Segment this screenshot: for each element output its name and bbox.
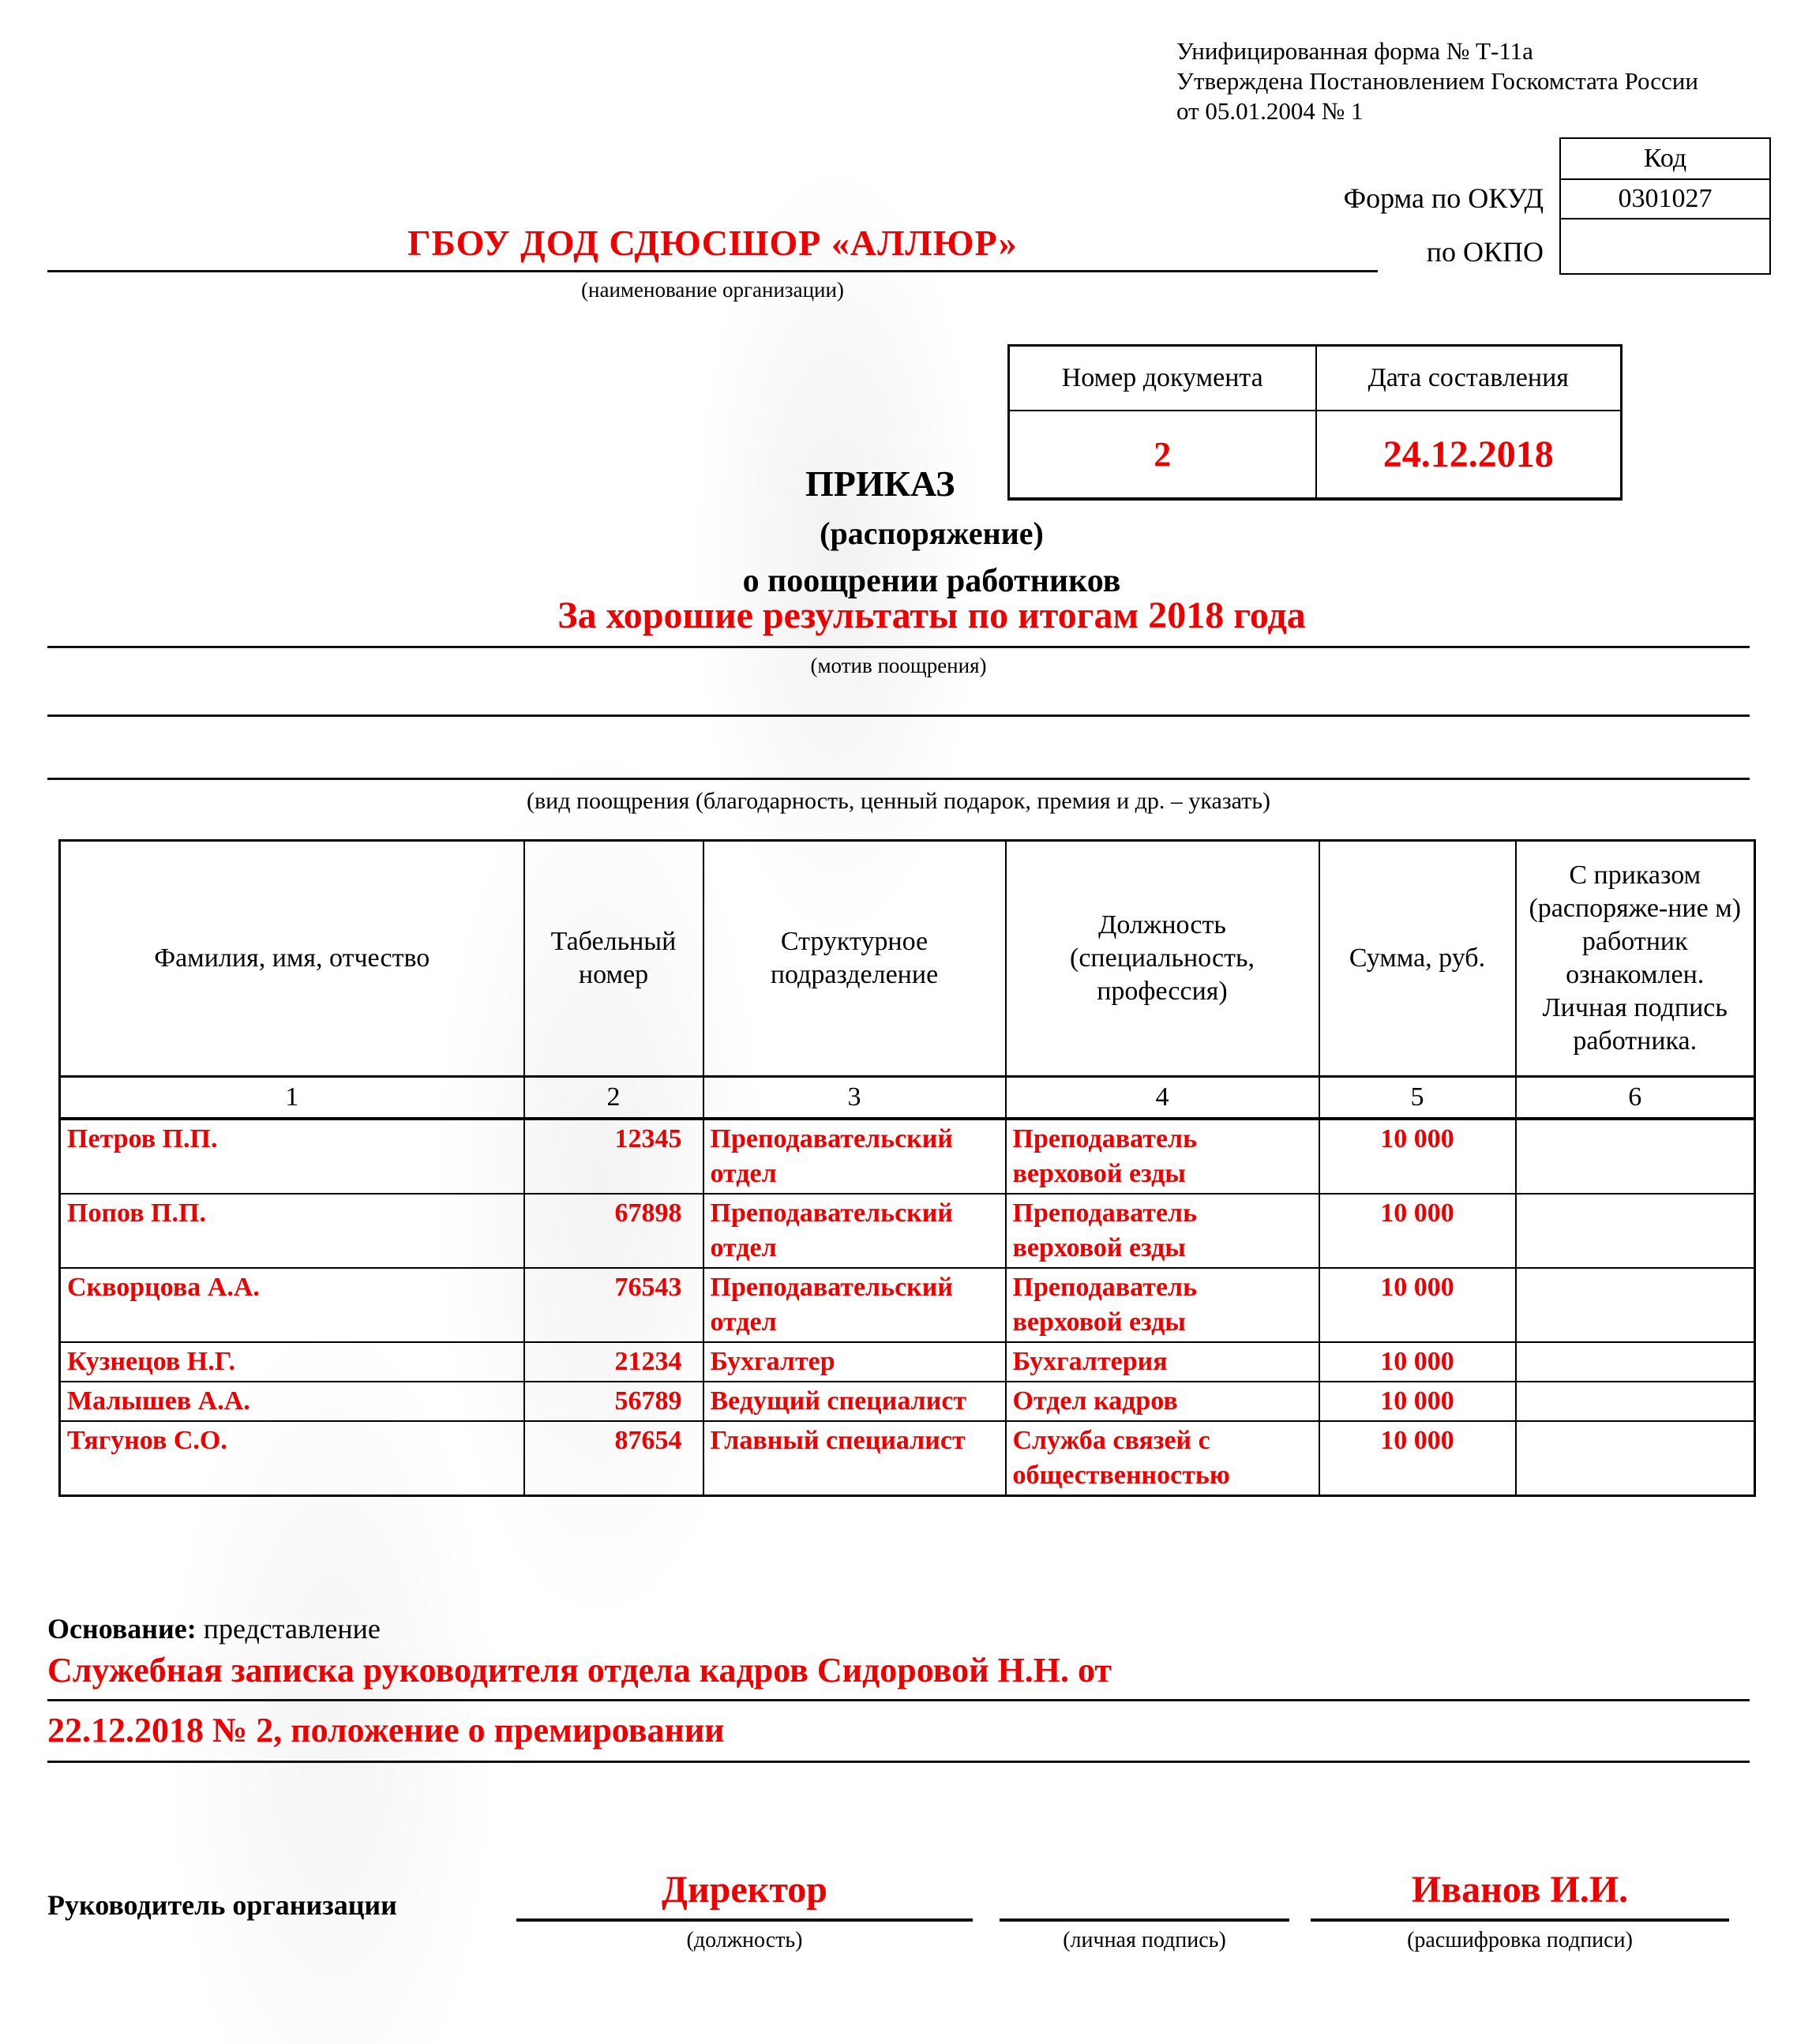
table-cell: Малышев А.А. [60, 1382, 524, 1421]
basis-line: Основание: представление [47, 1612, 1750, 1645]
basis-underline [47, 1761, 1750, 1763]
motive-text: За хорошие результаты по итогам 2018 год… [79, 594, 1784, 637]
table-cell: Кузнецов Н.Г. [60, 1342, 524, 1382]
basis-detail-line-1: Служебная записка руководителя отдела ка… [47, 1650, 1750, 1690]
organization-caption: (наименование организации) [47, 278, 1378, 302]
blank-ruled-line [47, 714, 1750, 717]
table-column-number-cell: 5 [1319, 1077, 1516, 1120]
table-cell [1516, 1268, 1755, 1342]
table-cell: Главный специалист [703, 1421, 1006, 1496]
table-cell: Бухгалтер [703, 1342, 1006, 1382]
table-cell: 10 000 [1319, 1342, 1516, 1382]
signature-position-value: Директор [516, 1868, 973, 1911]
reward-kind-caption: (вид поощрения (благодарность, ценный по… [47, 788, 1750, 815]
table-header-cell: Структурное подразделение [703, 841, 1006, 1077]
signature-position-line [516, 1918, 973, 1922]
table-row: Петров П.П.12345Преподавательский отделП… [60, 1119, 1755, 1194]
personal-signature-line [1000, 1918, 1289, 1922]
table-header-cell: Табельный номер [524, 841, 703, 1077]
form-approval-line: от 05.01.2004 № 1 [1176, 96, 1792, 126]
table-cell: Служба связей с общественностью [1006, 1421, 1319, 1496]
table-cell [1516, 1119, 1755, 1194]
table-cell [1516, 1421, 1755, 1496]
basis-underline [47, 1699, 1750, 1701]
table-cell: 10 000 [1319, 1268, 1516, 1342]
table-column-numbers-row: 123456 [60, 1077, 1755, 1120]
code-box-header: Код [1561, 139, 1769, 180]
okpo-value [1561, 219, 1769, 273]
table-header-cell: Должность (специальность, профессия) [1006, 841, 1319, 1077]
employees-table: Фамилия, имя, отчествоТабельный номерСтр… [58, 839, 1756, 1497]
table-cell: Петров П.П. [60, 1119, 524, 1194]
order-title: ПРИКАЗ [805, 463, 987, 504]
table-cell: Бухгалтерия [1006, 1342, 1319, 1382]
table-cell: Преподавательский отдел [703, 1194, 1006, 1268]
table-header-cell: Сумма, руб. [1319, 841, 1516, 1077]
blank-ruled-line [47, 778, 1750, 780]
okud-label: Форма по ОКУД [1169, 182, 1544, 215]
document-page: Унифицированная форма № Т-11а Утверждена… [0, 0, 1797, 2044]
table-cell: 12345 [524, 1119, 703, 1194]
signature-name-value: Иванов И.И. [1311, 1868, 1729, 1911]
table-cell: Тягунов С.О. [60, 1421, 524, 1496]
table-row: Попов П.П.67898Преподавательский отделПр… [60, 1194, 1755, 1268]
table-column-number-cell: 4 [1006, 1077, 1319, 1120]
table-cell: Преподаватель верховой езды [1006, 1268, 1319, 1342]
basis-detail-line-2: 22.12.2018 № 2, положение о премировании [47, 1710, 1750, 1750]
table-row: Кузнецов Н.Г.21234БухгалтерБухгалтерия10… [60, 1342, 1755, 1382]
table-cell: Скворцова А.А. [60, 1268, 524, 1342]
table-column-number-cell: 6 [1516, 1077, 1755, 1120]
table-cell: 10 000 [1319, 1119, 1516, 1194]
table-header-cell: Фамилия, имя, отчество [60, 841, 524, 1077]
form-approval-line: Утверждена Постановлением Госкомстата Ро… [1176, 66, 1792, 96]
form-approval-line: Унифицированная форма № Т-11а [1176, 36, 1792, 66]
table-row: Тягунов С.О.87654Главный специалистСлужб… [60, 1421, 1755, 1496]
table-cell: Преподавательский отдел [703, 1268, 1006, 1342]
table-cell: Отдел кадров [1006, 1382, 1319, 1421]
doc-number-label: Номер документа [1009, 346, 1316, 411]
table-cell: Преподаватель верховой езды [1006, 1194, 1319, 1268]
personal-signature-caption: (личная подпись) [1000, 1928, 1289, 1953]
table-column-number-cell: 2 [524, 1077, 703, 1120]
table-cell [1516, 1342, 1755, 1382]
table-row: Малышев А.А.56789Ведущий специалистОтдел… [60, 1382, 1755, 1421]
table-cell: 67898 [524, 1194, 703, 1268]
motive-caption: (мотив поощрения) [47, 654, 1750, 678]
head-of-organization-label: Руководитель организации [47, 1888, 490, 1922]
table-cell: Преподавательский отдел [703, 1119, 1006, 1194]
doc-number-date-table: Номер документа Дата составления 2 24.12… [1007, 344, 1623, 501]
doc-date-value: 24.12.2018 [1316, 411, 1622, 499]
table-cell: 10 000 [1319, 1421, 1516, 1496]
table-cell: 87654 [524, 1421, 703, 1496]
table-cell: 21234 [524, 1342, 703, 1382]
table-header-cell: С приказом (распоряже-ние м) работник оз… [1516, 841, 1755, 1077]
table-header-row: Фамилия, имя, отчествоТабельный номерСтр… [60, 841, 1755, 1077]
table-cell [1516, 1194, 1755, 1268]
organization-underline [47, 270, 1378, 272]
signature-name-caption: (расшифровка подписи) [1311, 1928, 1729, 1953]
table-cell: Попов П.П. [60, 1194, 524, 1268]
basis-value: представление [197, 1613, 381, 1645]
table-column-number-cell: 3 [703, 1077, 1006, 1120]
okud-value: 0301027 [1561, 180, 1769, 219]
motive-underline [47, 646, 1750, 648]
signature-position-caption: (должность) [516, 1928, 973, 1953]
table-cell: Преподаватель верховой езды [1006, 1119, 1319, 1194]
doc-number-value: 2 [1009, 411, 1316, 499]
doc-date-label: Дата составления [1316, 346, 1622, 411]
form-approval-block: Унифицированная форма № Т-11а Утверждена… [1176, 36, 1792, 126]
organization-name: ГБОУ ДОД СДЮСШОР «АЛЛЮР» [47, 222, 1378, 264]
table-row: Скворцова А.А.76543Преподавательский отд… [60, 1268, 1755, 1342]
basis-label: Основание: [47, 1613, 197, 1645]
table-cell [1516, 1382, 1755, 1421]
code-box: Код 0301027 [1559, 137, 1771, 275]
table-column-number-cell: 1 [60, 1077, 524, 1120]
order-subtitle-rasporyazhenie: (распоряжение) [79, 515, 1784, 552]
table-cell: 10 000 [1319, 1382, 1516, 1421]
table-cell: 76543 [524, 1268, 703, 1342]
table-cell: 56789 [524, 1382, 703, 1421]
table-cell: 10 000 [1319, 1194, 1516, 1268]
signature-name-line [1311, 1918, 1729, 1922]
table-cell: Ведущий специалист [703, 1382, 1006, 1421]
